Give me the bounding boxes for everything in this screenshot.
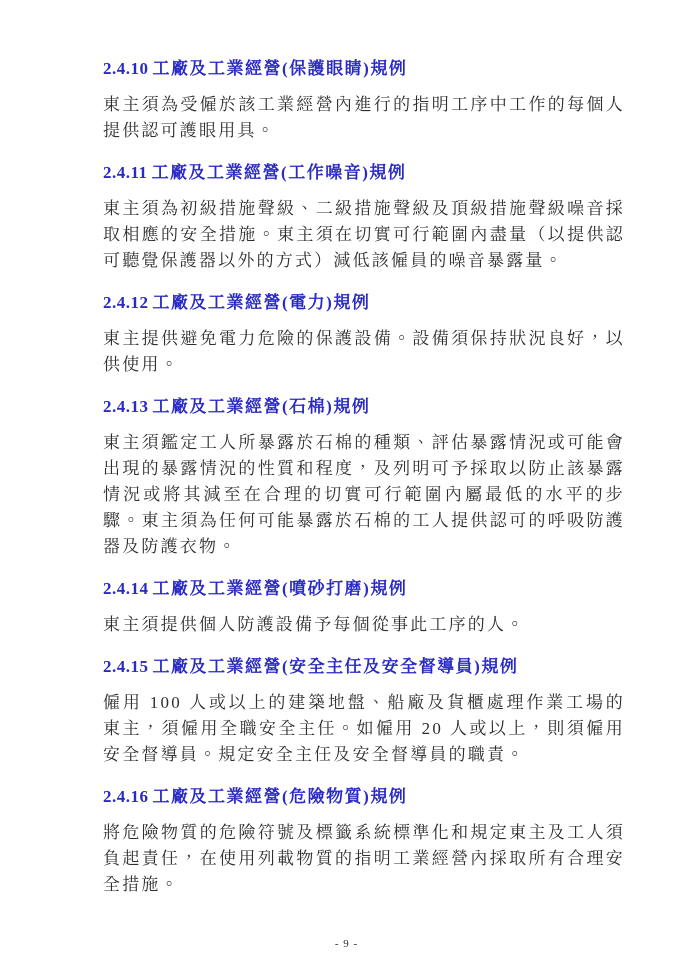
section-title: 工廠及工業經營(噴砂打磨)規例 <box>153 579 408 598</box>
section-title: 工廠及工業經營(危險物質)規例 <box>153 787 408 806</box>
section-heading: 2.4.12工廠及工業經營(電力)規例 <box>103 292 625 314</box>
document-section: 2.4.10工廠及工業經營(保護眼睛)規例 東主須為受僱於該工業經營內進行的指明… <box>103 58 625 144</box>
section-number: 2.4.15 <box>103 657 149 676</box>
section-title: 工廠及工業經營(電力)規例 <box>153 293 371 312</box>
section-body: 東主須為初級措施聲級、二級措施聲級及頂級措施聲級噪音採取相應的安全措施。東主須在… <box>103 196 625 274</box>
section-body: 東主須為受僱於該工業經營內進行的指明工序中工作的每個人提供認可護眼用具。 <box>103 92 625 144</box>
section-number: 2.4.13 <box>103 397 149 416</box>
section-heading: 2.4.13工廠及工業經營(石棉)規例 <box>103 396 625 418</box>
section-title: 工廠及工業經營(石棉)規例 <box>153 397 371 416</box>
section-body: 東主須提供個人防護設備予每個從事此工序的人。 <box>103 612 625 638</box>
document-section: 2.4.14工廠及工業經營(噴砂打磨)規例 東主須提供個人防護設備予每個從事此工… <box>103 578 625 638</box>
section-number: 2.4.12 <box>103 293 149 312</box>
section-title: 工廠及工業經營(保護眼睛)規例 <box>153 59 408 78</box>
document-content: 2.4.10工廠及工業經營(保護眼睛)規例 東主須為受僱於該工業經營內進行的指明… <box>103 58 625 898</box>
section-number: 2.4.11 <box>103 163 148 182</box>
section-body: 東主提供避免電力危險的保護設備。設備須保持狀況良好，以供使用。 <box>103 326 625 378</box>
document-section: 2.4.16工廠及工業經營(危險物質)規例 將危險物質的危險符號及標籤系統標準化… <box>103 786 625 898</box>
document-section: 2.4.13工廠及工業經營(石棉)規例 東主須鑑定工人所暴露於石棉的種類、評估暴… <box>103 396 625 560</box>
document-section: 2.4.11工廠及工業經營(工作噪音)規例 東主須為初級措施聲級、二級措施聲級及… <box>103 162 625 274</box>
section-heading: 2.4.11工廠及工業經營(工作噪音)規例 <box>103 162 625 184</box>
section-heading: 2.4.15工廠及工業經營(安全主任及安全督導員)規例 <box>103 656 625 678</box>
section-heading: 2.4.14工廠及工業經營(噴砂打磨)規例 <box>103 578 625 600</box>
section-heading: 2.4.16工廠及工業經營(危險物質)規例 <box>103 786 625 808</box>
document-section: 2.4.15工廠及工業經營(安全主任及安全督導員)規例 僱用 100 人或以上的… <box>103 656 625 768</box>
section-body: 僱用 100 人或以上的建築地盤、船廠及貨櫃處理作業工場的東主，須僱用全職安全主… <box>103 690 625 768</box>
section-heading: 2.4.10工廠及工業經營(保護眼睛)規例 <box>103 58 625 80</box>
section-title: 工廠及工業經營(工作噪音)規例 <box>152 163 407 182</box>
section-body: 東主須鑑定工人所暴露於石棉的種類、評估暴露情況或可能會出現的暴露情況的性質和程度… <box>103 430 625 560</box>
section-body: 將危險物質的危險符號及標籤系統標準化和規定東主及工人須負起責任，在使用列載物質的… <box>103 820 625 898</box>
section-number: 2.4.14 <box>103 579 149 598</box>
section-number: 2.4.10 <box>103 59 149 78</box>
page-number: - 9 - <box>0 938 693 950</box>
section-number: 2.4.16 <box>103 787 149 806</box>
document-page: 2.4.10工廠及工業經營(保護眼睛)規例 東主須為受僱於該工業經營內進行的指明… <box>0 0 693 980</box>
section-title: 工廠及工業經營(安全主任及安全督導員)規例 <box>153 657 519 676</box>
document-section: 2.4.12工廠及工業經營(電力)規例 東主提供避免電力危險的保護設備。設備須保… <box>103 292 625 378</box>
